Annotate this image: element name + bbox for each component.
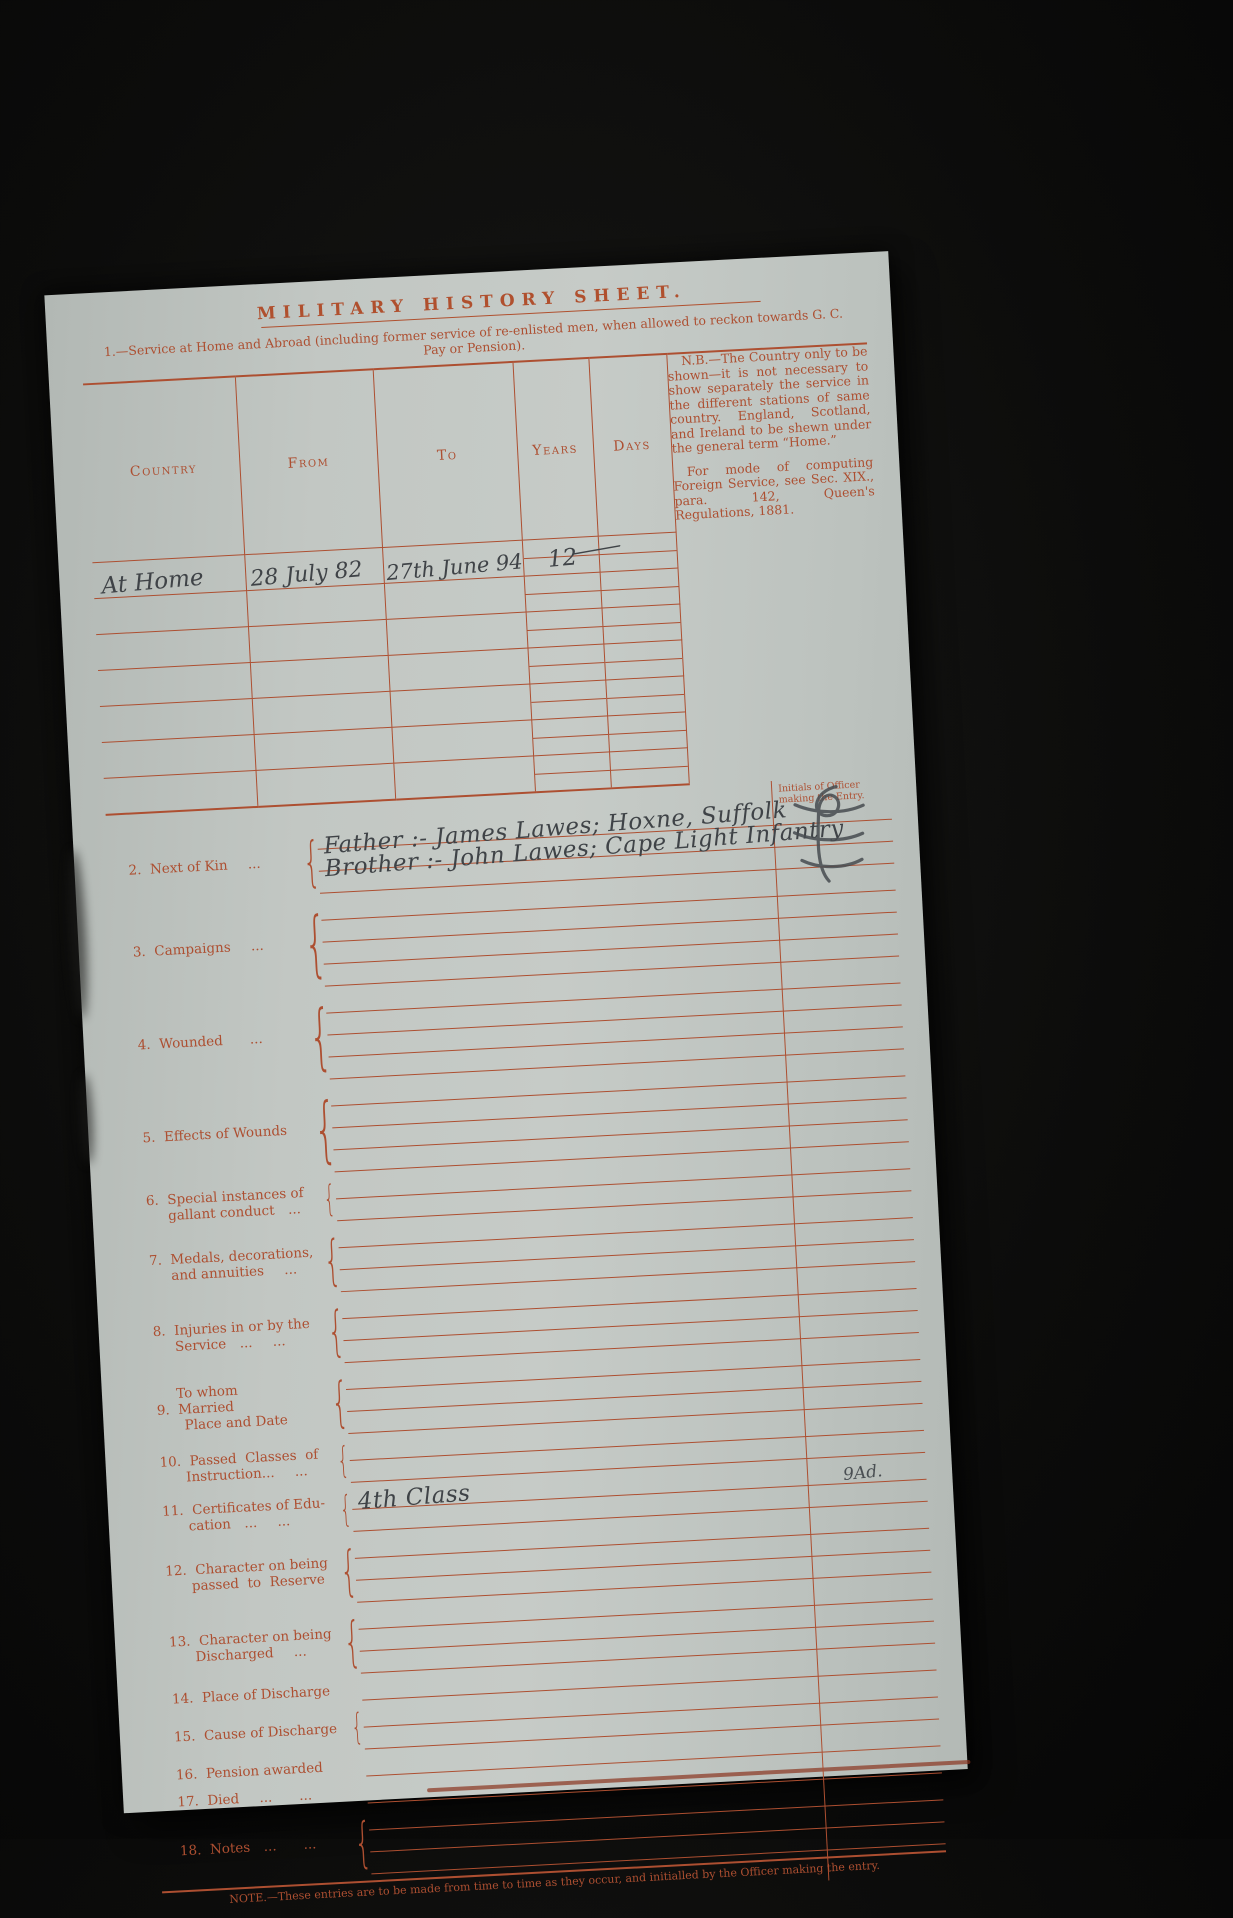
officer-initials-mark: 9Ad. [842,1461,883,1485]
item-label-married: To whom 9. Married Place and Date [136,1378,334,1436]
nb-note-paragraph-1: N.B.—The Country only to be shown—it is … [667,344,873,456]
service-table: CountryFromToYearsDays N.B.—The Country … [83,342,890,815]
item-label-place-of-discharge: 14. Place of Discharge [152,1682,349,1708]
item-label-injuries-in-service: 8. Injuries in or by the Service ... ... [132,1315,329,1357]
item-label-medals-decorations-annuities: 7. Medals, decorations, and annuities ..… [129,1244,326,1286]
cell-years [526,608,604,648]
cell-days [609,748,689,789]
item-label-pension-awarded: 16. Pension awarded [156,1758,353,1784]
lower-form-section: Initials of Officer making the Entry. 2.… [106,775,947,1839]
cell-days [603,640,683,680]
column-header-country: Country [83,376,244,562]
cell-days [605,676,685,716]
item-label-wounded: 4. Wounded ... [117,1028,314,1054]
brace-icon [348,1690,362,1691]
column-header-years: Years [512,358,597,540]
brace-icon [353,1793,367,1794]
column-header-to: To [373,362,522,548]
cell-years [524,572,602,612]
service-table-header-row: CountryFromToYearsDays N.B.—The Country … [83,343,876,562]
item-label-passed-classes-of-instruction: 10. Passed Classes of Instruction... ... [139,1446,336,1488]
nb-note-cell: N.B.—The Country only to be shown—it is … [666,343,876,532]
document-page: MILITARY HISTORY SHEET. 1.—Service at Ho… [44,251,967,1813]
cell-years [531,716,609,756]
cell-years [527,644,605,684]
cell-days [601,604,681,644]
binding-smudge [65,849,90,1020]
cell-years [529,680,607,720]
binding-smudge [78,1074,95,1165]
item-label-next-of-kin: 2. Next of Kin ... [108,854,305,880]
column-header-from: From [235,369,382,554]
item-label-notes: 18. Notes ... ... [160,1834,357,1839]
item-label-gallant-conduct: 6. Special instances of gallant conduct … [126,1184,323,1226]
cell-days: — [598,532,678,572]
nb-note-paragraph-2: For mode of computing Foreign Service, s… [673,455,876,523]
column-header-days: Days [588,354,675,536]
numbered-items: 2. Next of Kin ...{Father :- James Lawes… [106,777,946,1839]
cell-years [533,752,611,792]
item-label-died: 17. Died ... ... [157,1785,354,1811]
item-label-campaigns: 3. Campaigns ... [112,935,309,961]
item-label-certificates-of-education: 11. Certificates of Edu- cation ... ... [142,1495,339,1537]
cell-days [600,568,680,608]
cell-to [393,756,535,800]
brace-icon [352,1766,366,1767]
item-label-character-passed-to-reserve: 12. Character on being passed to Reserve [145,1555,342,1597]
cell-from [256,763,396,807]
item-label-character-on-discharge: 13. Character on being Discharged ... [149,1625,346,1667]
item-label-cause-of-discharge: 15. Cause of Discharge [154,1720,351,1746]
cell-days [607,712,687,752]
item-label-effects-of-wounds: 5. Effects of Wounds [122,1121,319,1147]
